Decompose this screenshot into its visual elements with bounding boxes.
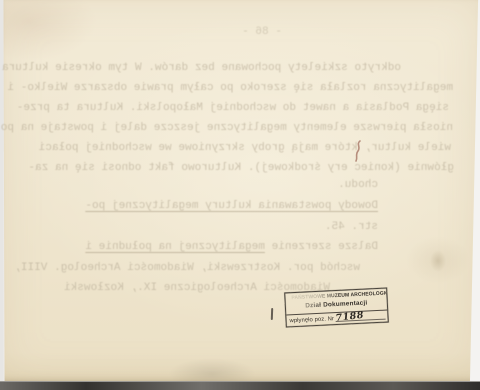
scanned-document: - 86 - odkryto szkielety pochowane bez d…	[0, 0, 480, 390]
bleed-line: odkryto szkielety pochowane bez darów. W…	[2, 62, 401, 74]
handwritten-entry-number: 7188	[336, 310, 365, 322]
stamp-entry-number-field: 7188	[336, 307, 386, 321]
bleed-line: megalityczna rozlała się szeroko po cały…	[7, 82, 453, 94]
page-number: - 86 -	[239, 26, 285, 38]
stamp-entry-label: wpłynęło poz. Nr	[289, 316, 334, 324]
bleed-line-part-underlined: megalitycznej na południe i	[85, 241, 265, 253]
bleed-line-part: Dalsze szerzenie	[265, 241, 378, 253]
bleed-line: sięga Podlasia a nawet do wschodniej Mał…	[17, 102, 449, 114]
bleed-line: głównie (koniec ery środkowej). Kulturow…	[28, 162, 454, 174]
scanner-edge-band	[0, 381, 480, 390]
bleed-line: str. 45.	[325, 221, 378, 233]
ink-squiggle-mark	[352, 139, 364, 168]
paper-smudge	[430, 250, 446, 272]
bleed-line: niosła pierwsze elementy megalityczne je…	[0, 122, 453, 134]
bleedthrough-text-layer: - 86 - odkryto szkielety pochowane bez d…	[8, 0, 455, 383]
bleed-line: chodu.	[338, 179, 378, 191]
receipt-stamp: PAŃSTWOWE MUZEUM ARCHEOLOGICZNE Dział Do…	[284, 288, 389, 328]
bleed-line-underlined: Dowody powstawania kultury megalitycznej…	[85, 200, 378, 212]
bleed-line: wschód por. Kostrzewski, Wiadomości Arch…	[14, 262, 360, 274]
bleed-line: Dalsze szerzenie megalitycznej na połudn…	[85, 241, 378, 253]
bleed-line: wiele kultur, które mają groby skrzyniow…	[39, 142, 451, 154]
